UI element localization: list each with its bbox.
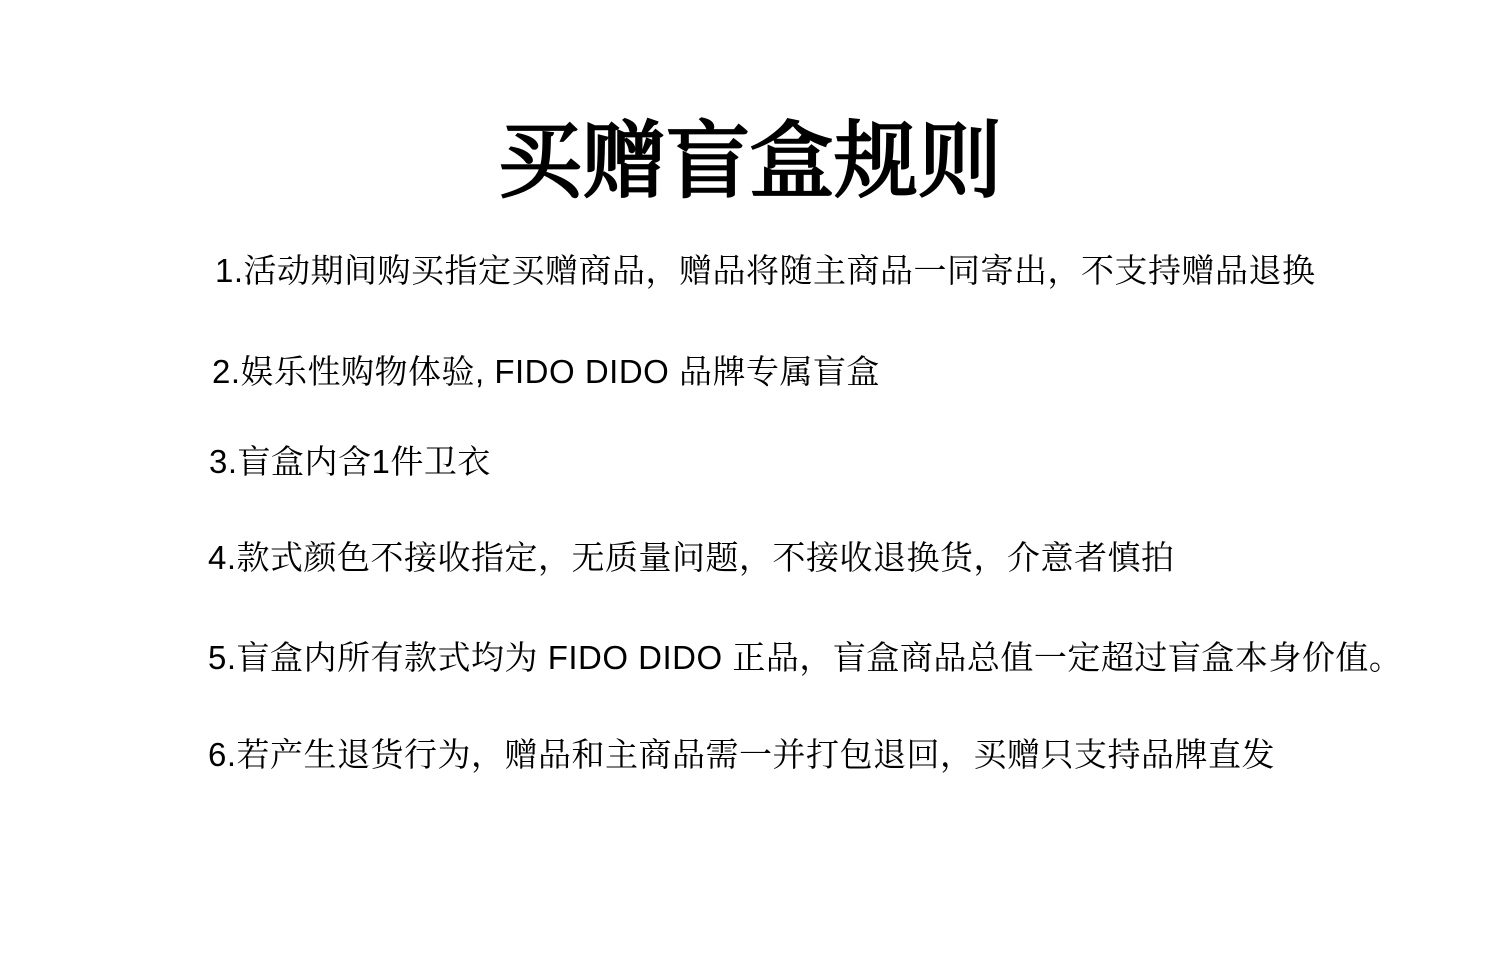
rule-item-1: 1.活动期间购买指定买赠商品，赠品将随主商品一同寄出，不支持赠品退换 xyxy=(215,251,1316,291)
rule-item-5: 5.盲盒内所有款式均为 FIDO DIDO 正品，盲盒商品总值一定超过盲盒本身价… xyxy=(208,638,1402,678)
rule-item-4: 4.款式颜色不接收指定，无质量问题，不接收退换货，介意者慎拍 xyxy=(208,538,1175,578)
rule-item-3: 3.盲盒内含1件卫衣 xyxy=(209,442,491,482)
page-title: 买赠盲盒规则 xyxy=(0,111,1500,211)
rules-poster: 买赠盲盒规则 1.活动期间购买指定买赠商品，赠品将随主商品一同寄出，不支持赠品退… xyxy=(0,0,1500,960)
rule-item-2: 2.娱乐性购物体验, FIDO DIDO 品牌专属盲盒 xyxy=(212,352,880,392)
rule-item-6: 6.若产生退货行为，赠品和主商品需一并打包退回，买赠只支持品牌直发 xyxy=(208,735,1275,775)
